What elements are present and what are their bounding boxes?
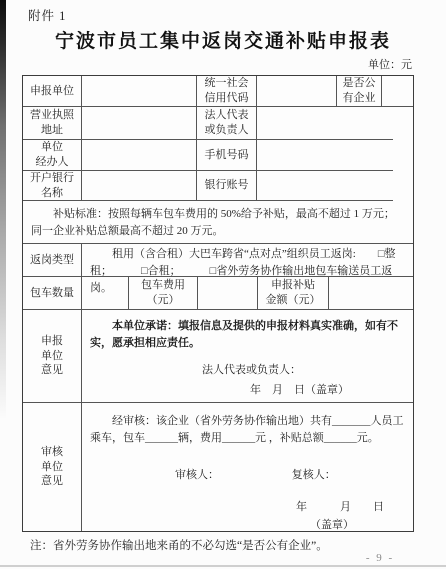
- return-type-intro: 租用（含合租）大巴车跨省“点对点”组织员工返岗:: [112, 248, 356, 260]
- scan-edge-bottom: [0, 565, 446, 567]
- review-opinion-label: 审核 单位 意见: [23, 403, 82, 531]
- row-return-type: 返岗类型 租用（含合租）大巴车跨省“点对点”组织员工返岗:□整租；□合租；□省外…: [23, 244, 413, 277]
- subsidy-standard-cell: 补贴标准：按照每辆车包车费用的 50%给予补贴，最高不超过 1 万元；同一企业补…: [23, 201, 413, 244]
- declare-opinion-label: 申报 单位 意见: [23, 310, 82, 403]
- subsidy-amount-value-cell[interactable]: [329, 277, 413, 310]
- charter-count-value-cell[interactable]: [82, 277, 129, 310]
- row-bank: 开户银行 名称 银行账号: [23, 171, 413, 201]
- declaring-unit-label: 申报单位: [23, 76, 82, 107]
- review-date-line: 年 月 日: [90, 499, 405, 516]
- state-owned-value-cell[interactable]: [382, 76, 413, 107]
- footnote: 注：省外劳务协作输出地来甬的不必勾选“是否公有企业”。: [30, 537, 328, 553]
- checkbox-whole-rent[interactable]: □: [356, 246, 385, 263]
- uscc-label: 统一社会 信用代码: [197, 76, 257, 107]
- bank-account-label: 银行账号: [197, 171, 257, 201]
- uscc-value-cell[interactable]: [257, 76, 337, 107]
- auditor-label: 审核人：: [175, 469, 219, 481]
- subsidy-standard-text: 补贴标准：按照每辆车包车费用的 50%给予补贴，最高不超过 1 万元；同一企业补…: [31, 206, 405, 240]
- scan-edge-left: [0, 0, 6, 420]
- license-address-value-cell[interactable]: [82, 107, 197, 140]
- declare-date-seal-line: 年 月 日（盖章）: [90, 382, 405, 399]
- charter-fee-value-cell[interactable]: [198, 277, 258, 310]
- subsidy-amount-label: 申报补贴 金额（元）: [258, 277, 329, 310]
- row-unit-agent: 单位 经办人 手机号码: [23, 140, 413, 171]
- unit-agent-value-cell[interactable]: [82, 140, 197, 171]
- state-owned-label: 是否公 有企业: [337, 76, 382, 107]
- row-subsidy-standard: 补贴标准：按照每辆车包车费用的 50%给予补贴，最高不超过 1 万元；同一企业补…: [23, 201, 413, 244]
- legal-rep-signature-line: 法人代表或负责人：: [90, 362, 405, 379]
- bank-account-value-cell[interactable]: [257, 171, 393, 201]
- bank-name-label: 开户银行 名称: [23, 171, 82, 201]
- legal-rep-label: 法人代表 或负责人: [197, 107, 257, 140]
- charter-count-label: 包车数量: [23, 277, 82, 310]
- return-type-label: 返岗类型: [23, 244, 82, 277]
- mobile-number-value-cell[interactable]: [257, 140, 393, 171]
- row-declaring-unit: 申报单位 统一社会 信用代码 是否公 有企业: [23, 76, 413, 107]
- review-result-text: 经审核：该企业（省外劳务协作输出地）共有_______人员工乘车，包车_____…: [90, 413, 405, 447]
- review-opinion-cell: 经审核：该企业（省外劳务协作输出地）共有_______人员工乘车，包车_____…: [82, 403, 413, 531]
- unit-label: 单位：元: [22, 56, 412, 72]
- legal-rep-value-cell[interactable]: [257, 107, 393, 140]
- charter-fee-label: 包车费用 （元）: [129, 277, 198, 310]
- option-shared-rent-label: 合租；: [148, 265, 181, 277]
- return-type-cell: 租用（含合租）大巴车跨省“点对点”组织员工返岗:□整租；□合租；□省外劳务协作输…: [82, 244, 413, 277]
- reviewer-line: 审核人： 复核人：: [90, 467, 405, 484]
- declare-promise-text: 本单位承诺：填报信息及提供的申报材料真实准确，如有不实，愿承担相应责任。: [90, 318, 405, 352]
- row-charter: 包车数量 包车费用 （元） 申报补贴 金额（元）: [23, 277, 413, 310]
- row-license-address: 营业执照 地址 法人代表 或负责人: [23, 107, 413, 140]
- application-form-table: 申报单位 统一社会 信用代码 是否公 有企业 营业执照 地址 法人代表 或负责人…: [22, 75, 414, 532]
- declaring-unit-value-cell[interactable]: [82, 76, 197, 107]
- mobile-number-label: 手机号码: [197, 140, 257, 171]
- review-seal-label: （盖章）: [90, 517, 405, 534]
- declare-opinion-cell: 本单位承诺：填报信息及提供的申报材料真实准确，如有不实，愿承担相应责任。 法人代…: [82, 310, 413, 403]
- row-declare-opinion: 申报 单位 意见 本单位承诺：填报信息及提供的申报材料真实准确，如有不实，愿承担…: [23, 310, 413, 403]
- page-title: 宁波市员工集中返岗交通补贴申报表: [0, 26, 446, 53]
- license-address-label: 营业执照 地址: [23, 107, 82, 140]
- checker-label: 复核人：: [292, 469, 336, 481]
- row-review-opinion: 审核 单位 意见 经审核：该企业（省外劳务协作输出地）共有_______人员工乘…: [23, 403, 413, 531]
- unit-agent-label: 单位 经办人: [23, 140, 82, 171]
- attachment-label: 附件 1: [28, 6, 66, 24]
- bank-name-value-cell[interactable]: [82, 171, 197, 201]
- page-number: - 9 -: [356, 552, 404, 564]
